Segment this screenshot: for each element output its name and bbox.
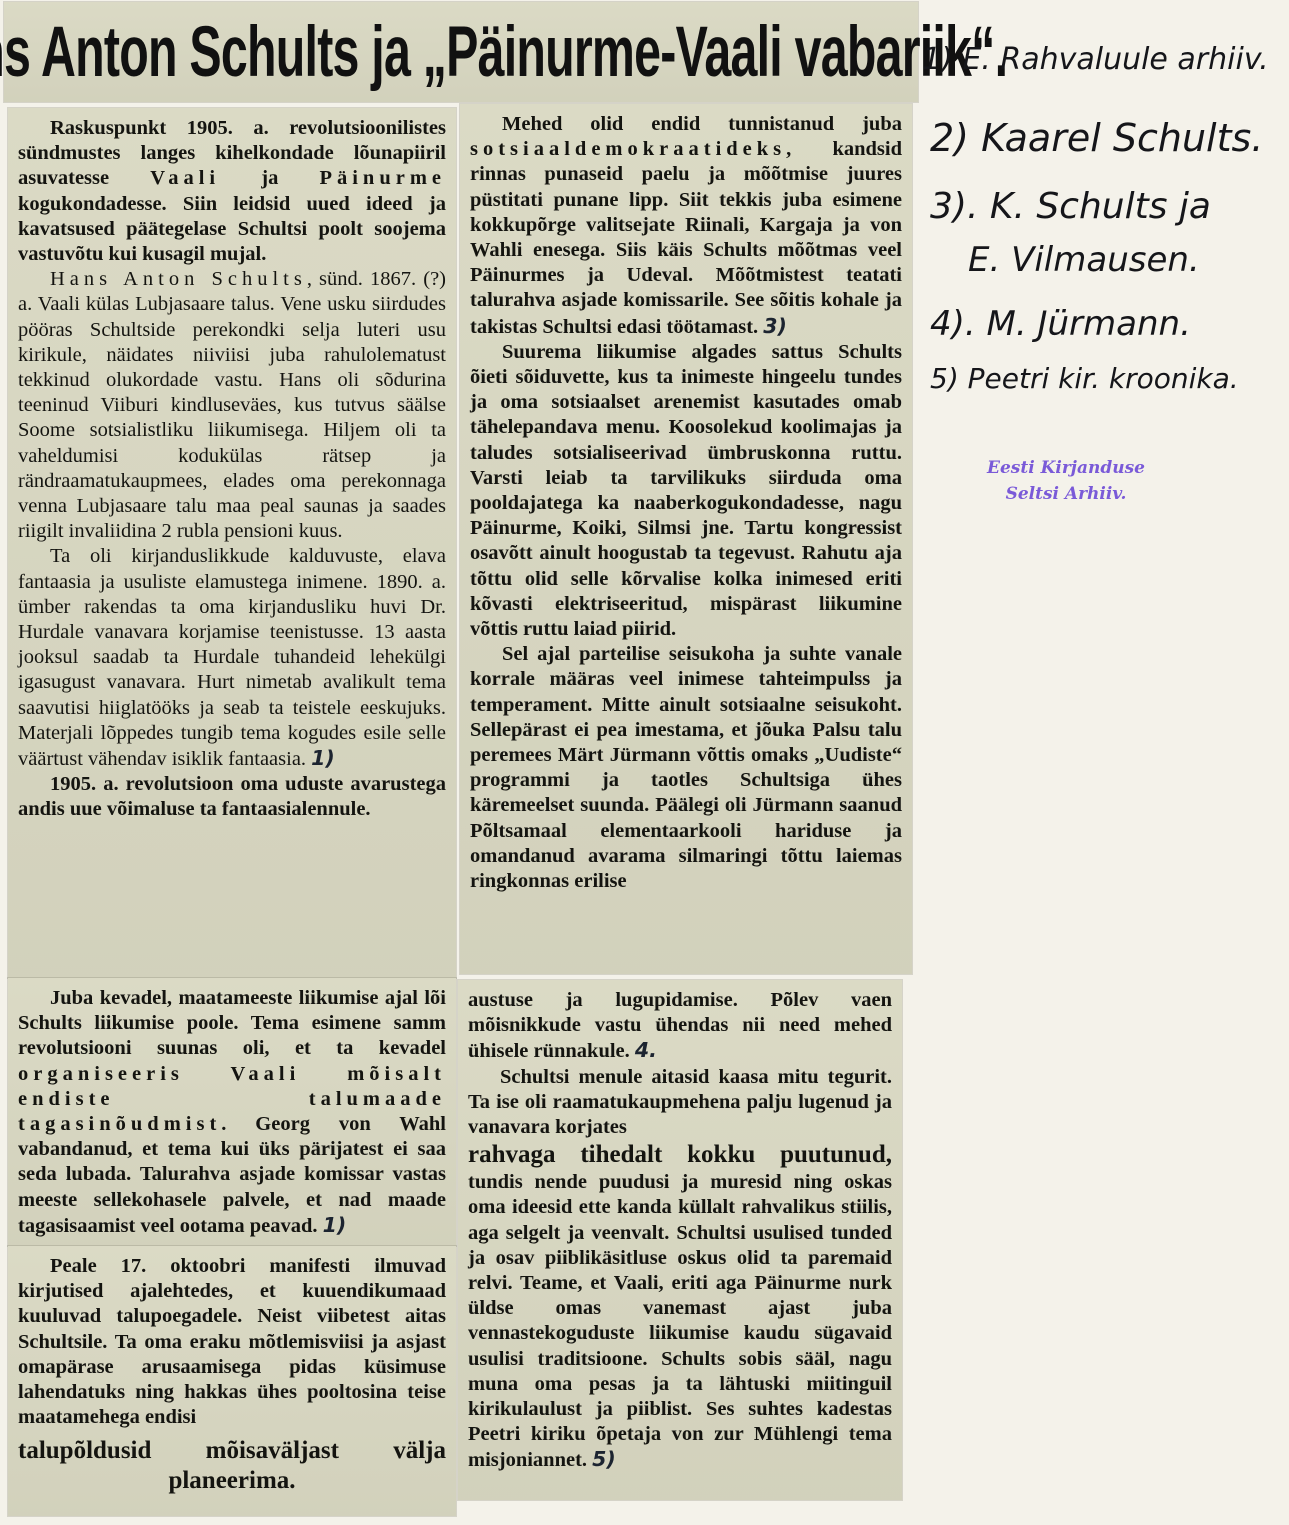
headline-clipping: Hans Anton Schults ja „Päinurme-Vaali va…: [4, 2, 918, 102]
paragraph: Suurema liikumise algades sattus Schults…: [470, 340, 902, 642]
footnote-mark: 1): [311, 746, 335, 770]
column2-block-b: austuse ja lugupidamise. Põlev vaen mõis…: [458, 980, 902, 1500]
paragraph: Sel ajal parteilise seisukoha ja suhte v…: [470, 642, 902, 894]
paragraph: Hans Anton Schults, sünd. 1867. (?) a. V…: [18, 267, 446, 544]
column1-block-b: Juba kevadel, maatameeste liikumise ajal…: [8, 978, 456, 1246]
paragraph: tundis nende puudusi ja muresid ning osk…: [468, 1170, 892, 1473]
paragraph: Juba kevadel, maatameeste liikumise ajal…: [18, 986, 446, 1239]
paragraph: Schultsi menule aitasid kaasa mitu tegur…: [468, 1065, 892, 1141]
note-1: 1) E. Rahvaluule arhiiv.: [922, 42, 1269, 77]
footnote-mark: 1): [323, 1213, 347, 1237]
column1-block-c: Peale 17. oktoobri manifesti ilmuvad kir…: [8, 1246, 456, 1516]
note-5: 5) Peetri kir. kroonika.: [930, 362, 1239, 395]
paragraph: Mehed olid endid tunnistanud juba sotsia…: [470, 112, 902, 340]
note-3-continued: E. Vilmausen.: [968, 240, 1200, 280]
note-2: 2) Kaarel Schults.: [930, 116, 1263, 160]
large-type-line: rahvaga tihedalt kokku puutunud,: [468, 1140, 892, 1170]
paragraph: Ta oli kirjanduslikkude kalduvuste, elav…: [18, 544, 446, 772]
headline: Hans Anton Schults ja „Päinurme-Vaali va…: [0, 11, 1007, 93]
footnote-mark: 3): [763, 314, 787, 338]
paragraph: austuse ja lugupidamise. Põlev vaen mõis…: [468, 988, 892, 1065]
footnote-mark: 4.: [635, 1038, 657, 1062]
note-3: 3). K. Schults ja: [930, 186, 1211, 227]
column1-block-a: Raskuspunkt 1905. a. revolutsiooni­liste…: [8, 108, 456, 978]
column2-block-a: Mehed olid endid tunnistanud juba sotsia…: [460, 104, 912, 974]
large-type-line: talupõldusid mõisaväljast välja: [18, 1436, 446, 1466]
paragraph: Peale 17. oktoobri manifesti ilmuvad kir…: [18, 1254, 446, 1430]
paragraph: Raskuspunkt 1905. a. revolutsiooni­liste…: [18, 116, 446, 267]
paragraph: 1905. a. revolutsioon oma uduste avarust…: [18, 772, 446, 822]
note-4: 4). M. Jürmann.: [930, 304, 1191, 344]
large-type-line: planeerima.: [18, 1466, 446, 1496]
archive-stamp: Eesti Kirjanduse Seltsi Arhiiv.: [966, 455, 1166, 507]
footnote-mark: 5): [592, 1447, 616, 1471]
